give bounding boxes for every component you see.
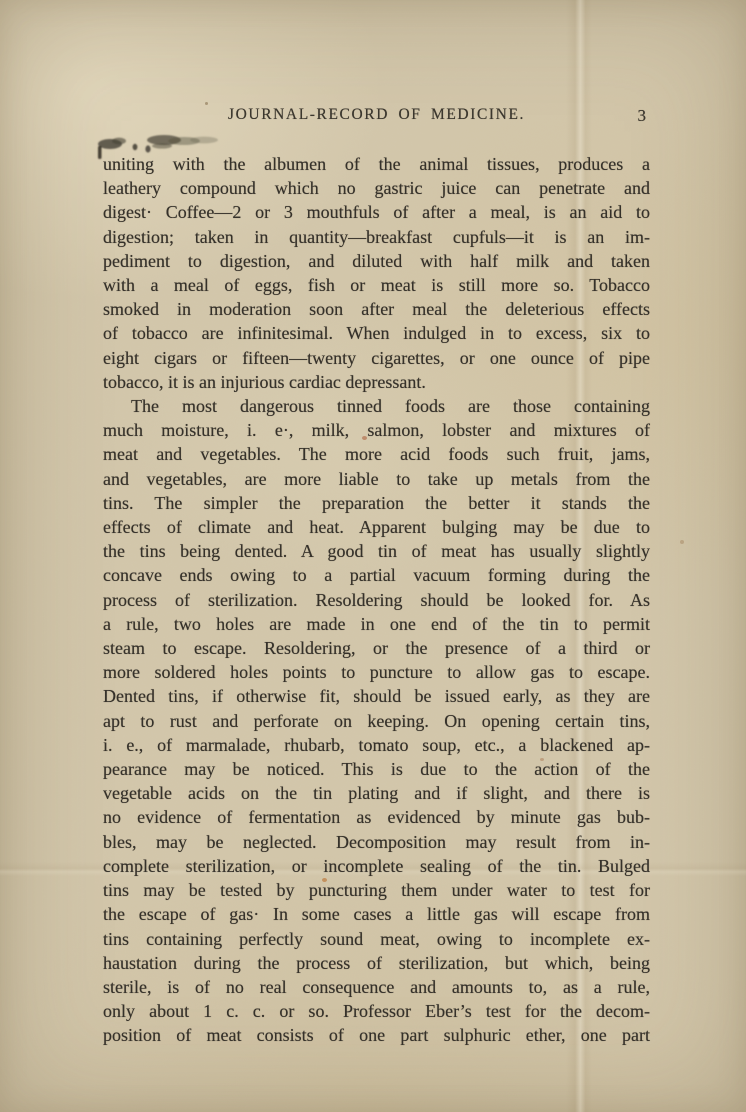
text-line: digestion; taken in quantity—breakfast c… [103,225,650,249]
text-line: haustation during the process of sterili… [103,951,650,975]
text-line: sterile, is of no real consequence and a… [103,975,650,999]
text-line: bles, may be neglected. Decomposition ma… [103,830,650,854]
text-line: pearance may be noticed. This is due to … [103,757,650,781]
text-line: position of meat consists of one part su… [103,1023,650,1047]
text-line: of tobacco are infinitesimal. When indul… [103,321,650,345]
scanned-book-page: JOURNAL-RECORD OF MEDICINE. 3 uniting wi… [0,0,746,1112]
foxing-speck [680,540,684,544]
paragraph: The most dangerous tinned foods are thos… [103,394,650,1047]
running-head-title: JOURNAL-RECORD OF MEDICINE. [103,106,650,124]
text-line: vegetable acids on the tin plating and i… [103,781,650,805]
text-line: i. e., of marmalade, rhubarb, tomato sou… [103,733,650,757]
text-line: only about 1 c. c. or so. Professor Eber… [103,999,650,1023]
page-body: uniting with the albumen of the animal t… [103,152,650,1048]
text-line: much moisture, i. e·, milk, salmon, lobs… [103,418,650,442]
text-line: with a meal of eggs, fish or meat is sti… [103,273,650,297]
text-line: eight cigars or fifteen—twenty cigarette… [103,346,650,370]
text-line: and vegetables, are more liable to take … [103,467,650,491]
text-line: a rule, two holes are made in one end of… [103,612,650,636]
text-line: The most dangerous tinned foods are thos… [103,394,650,418]
text-line: meat and vegetables. The more acid foods… [103,442,650,466]
text-line: tins containing perfectly sound meat, ow… [103,927,650,951]
text-line: tins. The simpler the preparation the be… [103,491,650,515]
text-line: process of sterilization. Resoldering sh… [103,588,650,612]
text-line: more soldered holes points to puncture t… [103,660,650,684]
text-line: smoked in moderation soon after meal the… [103,297,650,321]
text-line: uniting with the albumen of the animal t… [103,152,650,176]
text-line: effects of climate and heat. Apparent bu… [103,515,650,539]
text-line: steam to escape. Resoldering, or the pre… [103,636,650,660]
text-line: the tins being dented. A good tin of mea… [103,539,650,563]
page-header: JOURNAL-RECORD OF MEDICINE. 3 [103,106,650,128]
text-line: no evidence of fermentation as evidenced… [103,805,650,829]
text-line: digest· Coffee—2 or 3 mouthfuls of after… [103,200,650,224]
text-line: the escape of gas· In some cases a littl… [103,902,650,926]
text-line: Dented tins, if otherwise fit, should be… [103,684,650,708]
text-line: leathery compound which no gastric juice… [103,176,650,200]
text-line: tobacco, it is an injurious cardiac depr… [103,370,650,394]
text-line: tins may be tested by puncturing them un… [103,878,650,902]
page-number: 3 [638,106,647,126]
text-line: concave ends owing to a partial vacuum f… [103,563,650,587]
text-line: complete sterilization, or incomplete se… [103,854,650,878]
text-line: pediment to digestion, and diluted with … [103,249,650,273]
paragraph: uniting with the albumen of the animal t… [103,152,650,394]
foxing-speck [205,102,208,105]
text-line: apt to rust and perforate on keeping. On… [103,709,650,733]
